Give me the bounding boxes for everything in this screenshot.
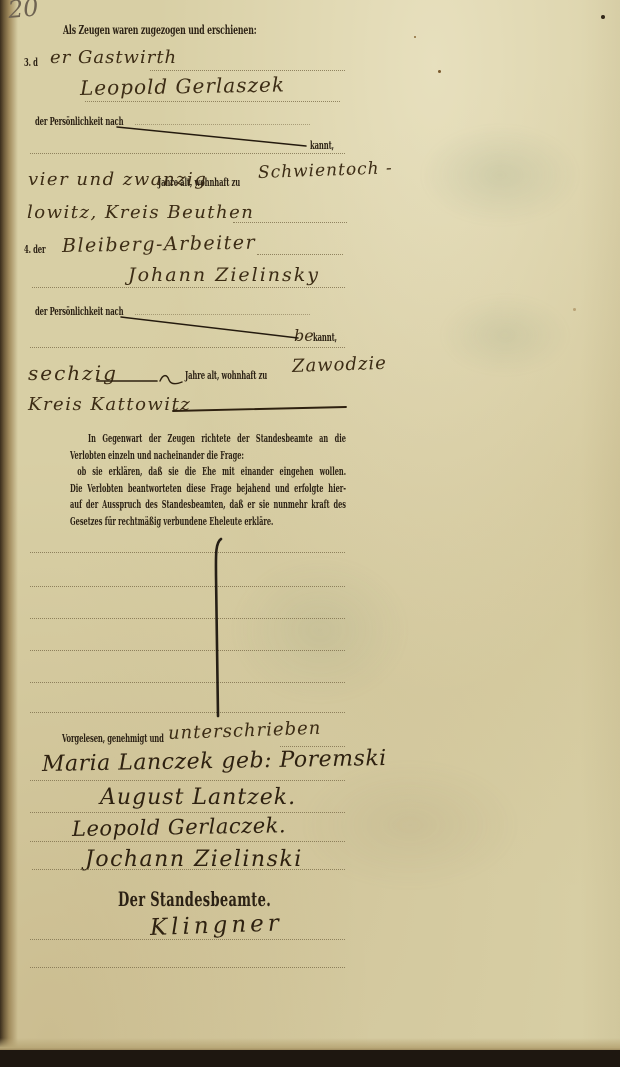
registry-document-page: 20 Als Zeugen waren zugezogen und erschi… bbox=[0, 0, 620, 1067]
age-fill-squiggle bbox=[160, 376, 182, 384]
residence-fill-stroke bbox=[173, 407, 346, 411]
identity-fill-stroke-witness4 bbox=[121, 317, 298, 338]
ink-strokes-overlay bbox=[0, 0, 620, 1067]
cancellation-vertical-stroke bbox=[216, 539, 221, 716]
identity-fill-stroke-witness3 bbox=[117, 127, 306, 146]
